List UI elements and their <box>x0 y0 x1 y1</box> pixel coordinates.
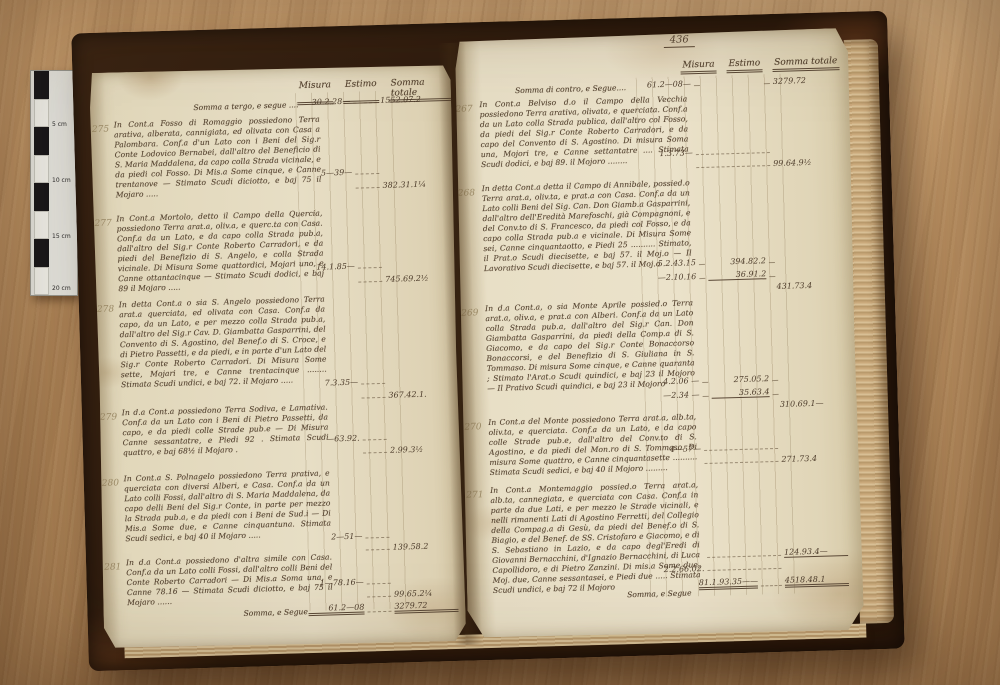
totale-value: 3279.72 <box>394 600 458 614</box>
totale-value: 99.65.2¼ <box>394 588 458 599</box>
column-misura: Misura <box>680 60 717 75</box>
scale-segment <box>34 239 49 267</box>
dash-leader <box>704 461 778 464</box>
misura-value <box>297 191 353 193</box>
carry-forward-label: Somma di contro, e Segue.... <box>515 83 626 95</box>
entry-text: In Cont.a Mortolo, detto il Campo della … <box>116 209 324 295</box>
totale-value <box>778 263 842 265</box>
dash-leader <box>769 262 775 263</box>
right-page: 436 Misura Estimo Somma totale Somma di … <box>452 28 865 641</box>
dash-leader <box>702 382 708 383</box>
misura-value <box>299 285 355 287</box>
entry-number: 280 <box>102 478 119 488</box>
misura-value: 7.3.35— <box>302 378 358 389</box>
misura-value: —2.10.16 <box>640 272 696 283</box>
misura-value: 5.2.43.15 <box>640 258 696 269</box>
totale-value: 310.69.1— <box>780 398 844 409</box>
photograph-of-manuscript: 5 cm 10 cm 15 cm 20 cm Misura Estimo Som… <box>0 0 1000 685</box>
scale-segment <box>34 267 49 295</box>
scale-segment <box>34 183 49 211</box>
entry-number: 275 <box>92 124 109 134</box>
totale-value <box>382 174 446 176</box>
dash-leader <box>363 439 387 441</box>
dash-leader <box>356 187 380 189</box>
estimo-value <box>703 86 761 88</box>
dash-leader <box>707 555 781 558</box>
misura-value: 81.1.93.35—— <box>699 577 759 591</box>
scale-segment <box>34 211 49 239</box>
misura-value <box>641 293 697 295</box>
estimo-value: 394.82.2 <box>708 256 766 267</box>
totale-value: 4518.48.1 <box>785 574 849 588</box>
dash-leader <box>696 152 770 155</box>
photo-scale-bar: 5 cm 10 cm 15 cm 20 cm <box>30 70 78 296</box>
dash-leader <box>761 585 782 587</box>
misura-value: 1.3.73— <box>637 148 693 159</box>
dash-leader <box>366 549 390 551</box>
dash-leader <box>772 380 778 381</box>
totale-value <box>781 381 845 383</box>
totale-value: 139.58.2 <box>393 541 457 552</box>
carry-forward-label: Somma a tergo, e segue .... <box>193 100 298 112</box>
totale-value: 2.99.3½ <box>390 444 454 455</box>
totale-value: 3279.72 <box>773 75 837 86</box>
totale-value: 99.64.9½ <box>773 157 837 168</box>
dash-leader <box>704 448 778 451</box>
dash-leader <box>355 173 379 175</box>
dash-leader <box>696 165 770 168</box>
page-sum-label: Somma, e Segue <box>243 607 308 618</box>
dash-leader <box>358 281 382 283</box>
dash-leader <box>367 583 391 585</box>
dash-leader <box>362 397 386 399</box>
dash-leader <box>694 85 700 86</box>
estimo-value: 275.05.2 <box>711 374 769 385</box>
totale-value <box>778 277 842 279</box>
entry-text: In detta Cont.a o sia S. Angelo possiedo… <box>119 295 327 391</box>
totale-value: 745.69.2½ <box>385 273 449 284</box>
estimo-value: 35.63.4 <box>711 387 769 399</box>
misura-value: 1—78.16— <box>308 578 364 589</box>
totale-value <box>394 584 458 586</box>
totale-value <box>393 538 457 540</box>
dash-leader <box>361 383 385 385</box>
column-somma-totale: Somma totale <box>772 56 839 72</box>
misura-value: 4—57— <box>645 444 701 455</box>
page-sum-amounts: 81.1.93.35—— 4518.48.1 <box>699 574 849 590</box>
column-headers: Misura Estimo Somma totale <box>680 56 839 74</box>
totale-value <box>390 440 454 442</box>
dash-leader <box>363 452 387 454</box>
dash-leader <box>773 394 779 395</box>
entry-text: In Cont.a S. Polnagelo possiedono Terra … <box>124 468 332 544</box>
misura-value: 14.1.85— <box>299 262 355 273</box>
page-sum-label: Somma, e Segue <box>627 588 692 599</box>
entry-text: In Cont.a Fosso di Romaggio possiedono T… <box>114 115 322 201</box>
misura-value: —63.92. <box>304 434 360 445</box>
entry-sum: 431.73.4 <box>641 280 841 295</box>
totale-value: 1552.07.2 <box>380 94 444 105</box>
folio-page-number: 436 <box>664 34 695 48</box>
misura-value: 2.2.66.02. <box>648 564 704 575</box>
scale-label: 5 cm <box>52 121 76 128</box>
dash-leader <box>368 611 392 613</box>
entry-number: 278 <box>97 304 114 314</box>
entry-amounts: 367.42.1. <box>302 389 452 402</box>
dash-leader <box>365 537 389 539</box>
entry-number: 277 <box>94 218 111 228</box>
scale-segment <box>34 71 49 99</box>
misura-value: 4.2.06 — <box>643 376 699 387</box>
column-estimo: Estimo <box>726 58 762 73</box>
spacer <box>697 291 777 293</box>
misura-value <box>304 456 360 458</box>
dash-leader <box>358 267 382 269</box>
dash-leader <box>703 396 709 397</box>
entry-text: In d.a Cont.a possiedono d'altra simile … <box>126 552 333 608</box>
misura-value: 2—51— <box>306 532 362 543</box>
totale-value: 367.42.1. <box>388 389 452 400</box>
totale-value <box>785 569 849 571</box>
misura-value <box>308 600 364 602</box>
open-ledger-book: Misura Estimo Somma totale Somma a tergo… <box>71 11 904 672</box>
spacer <box>700 409 780 411</box>
totale-value: 431.73.4 <box>776 280 840 291</box>
dash-leader <box>707 568 781 571</box>
entry-text: In Cont.a Montemaggio possied.o Terra ar… <box>490 480 701 596</box>
misura-value: 5—39— <box>296 168 352 179</box>
misura-value: 61.2—08— <box>635 79 691 90</box>
scale-segment <box>34 99 49 127</box>
misura-value: 30.2.28— <box>294 97 350 108</box>
scale-label: 15 cm <box>52 233 76 240</box>
totale-value: 382.31.1¼ <box>382 179 446 190</box>
totale-value: 124.93.4— <box>784 546 848 558</box>
carry-forward-amounts: 61.2—08— 3279.72 <box>635 75 835 90</box>
dash-leader <box>769 276 775 277</box>
dash-leader <box>367 596 391 598</box>
totale-value <box>782 395 846 397</box>
dash-leader <box>353 102 377 104</box>
entry-sum: 310.69.1— <box>644 398 844 413</box>
dash-leader <box>699 264 705 265</box>
misura-value <box>637 170 693 172</box>
scale-segment <box>34 127 49 155</box>
entry-number: 279 <box>100 412 117 422</box>
dash-leader <box>764 83 770 84</box>
dash-leader <box>699 278 705 279</box>
totale-value <box>388 384 452 386</box>
scale-segment <box>34 155 49 183</box>
entry-text: In d.a Cont.a possiedono Terra Sodiva, e… <box>122 403 329 459</box>
entry-text: In Cont.a Belviso d.o il Campo della Vec… <box>479 94 689 170</box>
totale-value <box>773 153 837 155</box>
left-page: Misura Estimo Somma totale Somma a tergo… <box>88 63 466 651</box>
misura-value: —2.34 — <box>643 390 699 401</box>
totale-value <box>781 449 845 451</box>
scale-label: 10 cm <box>52 177 76 184</box>
totale-value: 271.73.4 <box>781 453 845 464</box>
scale-label: 20 cm <box>52 285 76 292</box>
entry-number: 281 <box>104 562 121 572</box>
totale-value <box>385 268 449 270</box>
misura-value: 61.2—08 <box>308 603 364 617</box>
estimo-value: 36.91.2 <box>708 269 766 281</box>
